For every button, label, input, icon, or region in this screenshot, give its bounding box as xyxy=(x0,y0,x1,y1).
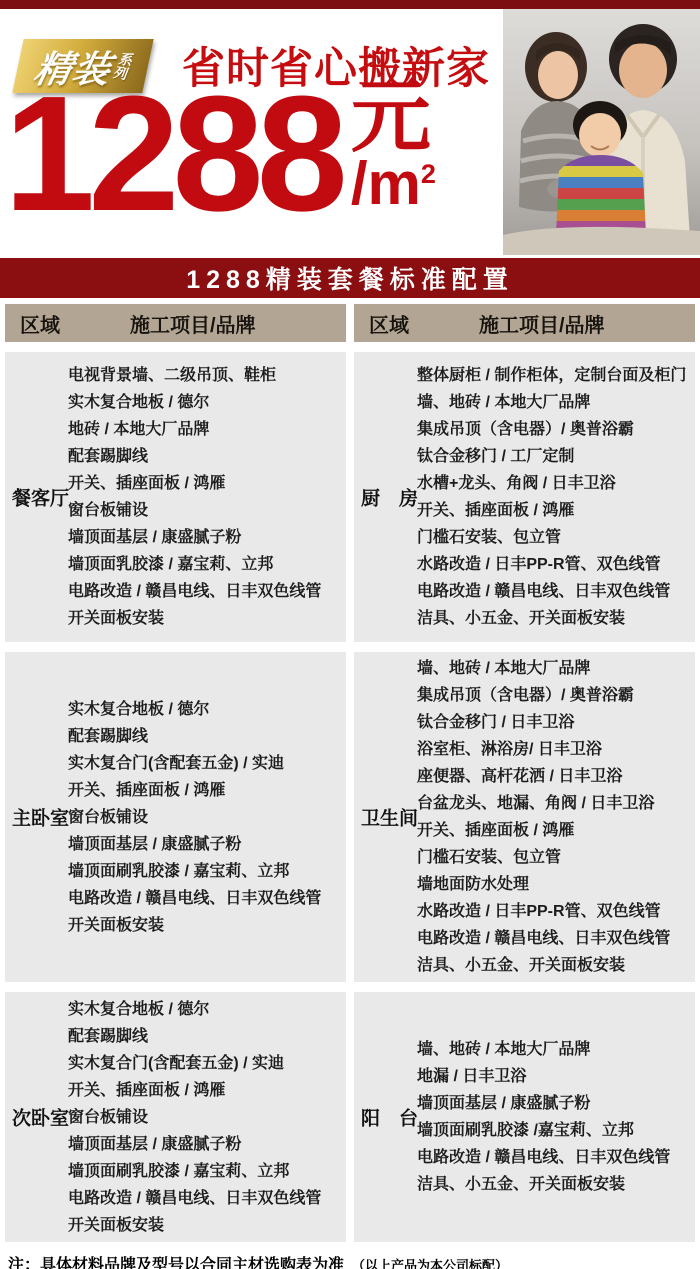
item-line: 实木复合门(含配套五金) / 实迪 xyxy=(68,1050,346,1077)
section-cell-right: 卫生间墙、地砖 / 本地大厂品牌集成吊顶（含电器）/ 奥普浴霸钛合金移门 / 日… xyxy=(354,652,695,982)
item-line: 墙、地砖 / 本地大厂品牌 xyxy=(417,655,695,682)
item-line: 集成吊顶（含电器）/ 奥普浴霸 xyxy=(417,682,695,709)
item-line: 开关面板安装 xyxy=(68,1212,346,1239)
table-row: 主卧室实木复合地板 / 德尔配套踢脚线实木复合门(含配套五金) / 实迪开关、插… xyxy=(0,652,700,982)
item-line: 墙顶面刷乳胶漆 / 嘉宝莉、立邦 xyxy=(68,858,346,885)
item-line: 开关、插座面板 / 鸿雁 xyxy=(68,470,346,497)
area-label: 次卧室 xyxy=(12,1104,72,1131)
item-line: 门槛石安装、包立管 xyxy=(417,524,695,551)
area-header-label: 区域 xyxy=(369,309,409,338)
item-line: 电路改造 / 赣昌电线、日丰双色线管 xyxy=(417,578,695,605)
top-strip xyxy=(0,0,700,9)
price-superscript: 2 xyxy=(421,159,436,189)
item-line: 墙、地砖 / 本地大厂品牌 xyxy=(417,1036,695,1063)
item-line: 窗台板铺设 xyxy=(68,497,346,524)
items-header-label: 施工项目/品牌 xyxy=(479,309,605,338)
item-line: 墙顶面乳胶漆 / 嘉宝莉、立邦 xyxy=(68,551,346,578)
footnote: 注：具体材料品牌及型号以合同主材选购表为准（以上产品为本公司标配） xyxy=(0,1242,700,1269)
item-line: 墙地面防水处理 xyxy=(417,871,695,898)
item-line: 洁具、小五金、开关面板安装 xyxy=(417,605,695,632)
item-line: 开关、插座面板 / 鸿雁 xyxy=(417,497,695,524)
item-line: 电路改造 / 赣昌电线、日丰双色线管 xyxy=(417,1144,695,1171)
price: 1288 元 /m2 xyxy=(4,79,436,230)
item-line: 窗台板铺设 xyxy=(68,804,346,831)
item-line: 台盆龙头、地漏、角阀 / 日丰卫浴 xyxy=(417,790,695,817)
item-line: 实木复合地板 / 德尔 xyxy=(68,996,346,1023)
item-line: 门槛石安装、包立管 xyxy=(417,844,695,871)
items-header-label: 施工项目/品牌 xyxy=(130,309,256,338)
area-label: 厨 房 xyxy=(361,484,421,511)
header-cell-right: 区域 施工项目/品牌 xyxy=(354,304,695,342)
item-line: 电路改造 / 赣昌电线、日丰双色线管 xyxy=(417,925,695,952)
item-line: 墙顶面基层 / 康盛腻子粉 xyxy=(68,831,346,858)
table-header-row: 区域 施工项目/品牌 区域 施工项目/品牌 xyxy=(0,304,700,342)
item-line: 开关、插座面板 / 鸿雁 xyxy=(68,777,346,804)
section-cell-right: 阳 台墙、地砖 / 本地大厂品牌地漏 / 日丰卫浴墙顶面基层 / 康盛腻子粉墙顶… xyxy=(354,992,695,1242)
area-label: 餐客厅 xyxy=(12,484,72,511)
item-line: 洁具、小五金、开关面板安装 xyxy=(417,1171,695,1198)
footnote-main: 注：具体材料品牌及型号以合同主材选购表为准 xyxy=(8,1257,344,1269)
item-line: 开关面板安装 xyxy=(68,912,346,939)
item-line: 集成吊顶（含电器）/ 奥普浴霸 xyxy=(417,416,695,443)
item-line: 墙顶面刷乳胶漆 / 嘉宝莉、立邦 xyxy=(68,1158,346,1185)
banner-title: 1288精装套餐标准配置 xyxy=(186,260,514,296)
family-photo xyxy=(503,9,700,255)
section-cell-left: 餐客厅电视背景墙、二级吊顶、鞋柜实木复合地板 / 德尔地砖 / 本地大厂品牌配套… xyxy=(5,352,346,642)
item-line: 钛合金移门 / 工厂定制 xyxy=(417,443,695,470)
item-line: 实木复合地板 / 德尔 xyxy=(68,389,346,416)
item-line: 实木复合门(含配套五金) / 实迪 xyxy=(68,750,346,777)
item-line: 墙顶面刷乳胶漆 /嘉宝莉、立邦 xyxy=(417,1117,695,1144)
area-label: 卫生间 xyxy=(361,804,421,831)
item-line: 电路改造 / 赣昌电线、日丰双色线管 xyxy=(68,578,346,605)
item-line: 墙顶面基层 / 康盛腻子粉 xyxy=(68,1131,346,1158)
item-line: 电视背景墙、二级吊顶、鞋柜 xyxy=(68,362,346,389)
area-label: 主卧室 xyxy=(12,804,72,831)
item-line: 开关、插座面板 / 鸿雁 xyxy=(417,817,695,844)
item-line: 电路改造 / 赣昌电线、日丰双色线管 xyxy=(68,885,346,912)
item-line: 座便器、高杆花洒 / 日丰卫浴 xyxy=(417,763,695,790)
price-number: 1288 xyxy=(4,79,341,230)
table-row: 次卧室实木复合地板 / 德尔配套踢脚线实木复合门(含配套五金) / 实迪开关、插… xyxy=(0,992,700,1242)
item-line: 墙、地砖 / 本地大厂品牌 xyxy=(417,389,695,416)
item-line: 钛合金移门 / 日丰卫浴 xyxy=(417,709,695,736)
item-line: 浴室柜、淋浴房/ 日丰卫浴 xyxy=(417,736,695,763)
price-unit-yuan: 元 xyxy=(351,79,436,155)
item-line: 水路改造 / 日丰PP-R管、双色线管 xyxy=(417,551,695,578)
area-header-label: 区域 xyxy=(20,309,60,338)
price-per-sqm: /m2 xyxy=(351,155,436,212)
banner: 1288精装套餐标准配置 xyxy=(0,258,700,298)
section-cell-right: 厨 房整体厨柜 / 制作柜体，定制台面及柜门墙、地砖 / 本地大厂品牌集成吊顶（… xyxy=(354,352,695,642)
item-line: 地漏 / 日丰卫浴 xyxy=(417,1063,695,1090)
table-row: 餐客厅电视背景墙、二级吊顶、鞋柜实木复合地板 / 德尔地砖 / 本地大厂品牌配套… xyxy=(0,352,700,642)
footnote-paren: （以上产品为本公司标配） xyxy=(352,1258,508,1269)
item-line: 水路改造 / 日丰PP-R管、双色线管 xyxy=(417,898,695,925)
table-body: 餐客厅电视背景墙、二级吊顶、鞋柜实木复合地板 / 德尔地砖 / 本地大厂品牌配套… xyxy=(0,352,700,1242)
section-cell-left: 次卧室实木复合地板 / 德尔配套踢脚线实木复合门(含配套五金) / 实迪开关、插… xyxy=(5,992,346,1242)
item-line: 配套踢脚线 xyxy=(68,723,346,750)
item-line: 窗台板铺设 xyxy=(68,1104,346,1131)
item-line: 开关、插座面板 / 鸿雁 xyxy=(68,1077,346,1104)
item-line: 配套踢脚线 xyxy=(68,443,346,470)
item-line: 墙顶面基层 / 康盛腻子粉 xyxy=(68,524,346,551)
price-per-text: /m xyxy=(351,150,421,217)
header: 精装 系列 省时省心搬新家 1288 元 /m2 xyxy=(0,9,700,258)
item-line: 墙顶面基层 / 康盛腻子粉 xyxy=(417,1090,695,1117)
item-line: 整体厨柜 / 制作柜体，定制台面及柜门 xyxy=(417,362,695,389)
item-line: 电路改造 / 赣昌电线、日丰双色线管 xyxy=(68,1185,346,1212)
price-units: 元 /m2 xyxy=(351,79,436,212)
item-line: 洁具、小五金、开关面板安装 xyxy=(417,952,695,979)
section-cell-left: 主卧室实木复合地板 / 德尔配套踢脚线实木复合门(含配套五金) / 实迪开关、插… xyxy=(5,652,346,982)
item-line: 开关面板安装 xyxy=(68,605,346,632)
page: 精装 系列 省时省心搬新家 1288 元 /m2 1288精装套餐标准配置 区域… xyxy=(0,0,700,1269)
item-line: 地砖 / 本地大厂品牌 xyxy=(68,416,346,443)
item-line: 水槽+龙头、角阀 / 日丰卫浴 xyxy=(417,470,695,497)
area-label: 阳 台 xyxy=(361,1104,421,1131)
item-line: 实木复合地板 / 德尔 xyxy=(68,696,346,723)
item-line: 配套踢脚线 xyxy=(68,1023,346,1050)
header-cell-left: 区域 施工项目/品牌 xyxy=(5,304,346,342)
